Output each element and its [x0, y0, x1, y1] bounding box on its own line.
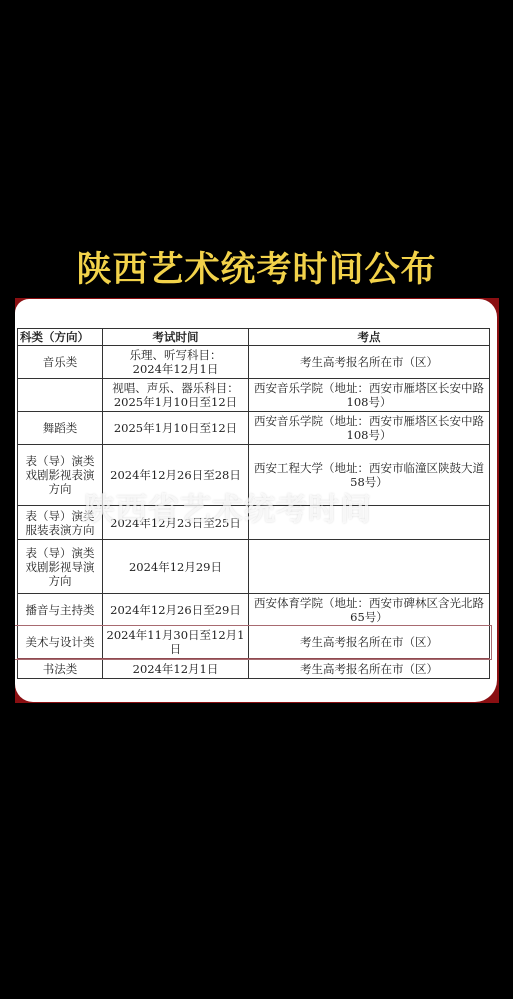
- row-time: 乐理、听写科目： 2024年12月1日: [103, 346, 249, 379]
- row-time: 2024年11月30日至12月1日: [103, 626, 249, 659]
- watermark-text: 陕西省艺术统考时间: [84, 484, 444, 529]
- table-row: 表（导）演类 戏剧影视导演 方向 2024年12月29日: [18, 540, 490, 594]
- table-row: 视唱、声乐、器乐科目： 2025年1月10日至12日 西安音乐学院（地址：西安市…: [18, 379, 490, 412]
- row-category: 表（导）演类 戏剧影视导演 方向: [18, 540, 103, 594]
- table-row: 舞蹈类 2025年1月10日至12日 西安音乐学院（地址：西安市雁塔区长安中路1…: [18, 412, 490, 445]
- row-location: 西安音乐学院（地址：西安市雁塔区长安中路108号）: [249, 379, 490, 412]
- row-category: 美术与设计类: [18, 626, 103, 659]
- row-location: 西安音乐学院（地址：西安市雁塔区长安中路108号）: [249, 412, 490, 445]
- row-location: [249, 540, 490, 594]
- row-time: 视唱、声乐、器乐科目： 2025年1月10日至12日: [103, 379, 249, 412]
- table-header-row: 科类（方向） 考试时间 考点: [18, 329, 490, 346]
- row-time: 2024年12月26日至29日: [103, 594, 249, 626]
- row-location: 西安体育学院（地址：西安市碑林区含光北路65号）: [249, 594, 490, 626]
- header-category: 科类（方向）: [18, 329, 103, 346]
- row-location: 考生高考报名所在市（区）: [249, 659, 490, 679]
- row-time: 2024年12月1日: [103, 659, 249, 679]
- row-location: 考生高考报名所在市（区）: [249, 346, 490, 379]
- table-row: 书法类 2024年12月1日 考生高考报名所在市（区）: [18, 659, 490, 679]
- row-category: [18, 379, 103, 412]
- row-category: 书法类: [18, 659, 103, 679]
- row-category: 播音与主持类: [18, 594, 103, 626]
- row-category: 舞蹈类: [18, 412, 103, 445]
- row-category: 音乐类: [18, 346, 103, 379]
- table-row: 音乐类 乐理、听写科目： 2024年12月1日 考生高考报名所在市（区）: [18, 346, 490, 379]
- row-time: 2025年1月10日至12日: [103, 412, 249, 445]
- row-time: 2024年12月29日: [103, 540, 249, 594]
- header-location: 考点: [249, 329, 490, 346]
- row-location: 考生高考报名所在市（区）: [249, 626, 490, 659]
- table-row: 播音与主持类 2024年12月26日至29日 西安体育学院（地址：西安市碑林区含…: [18, 594, 490, 626]
- page-title: 陕西艺术统考时间公布: [0, 248, 513, 292]
- table-row-highlighted: 美术与设计类 2024年11月30日至12月1日 考生高考报名所在市（区）: [18, 626, 490, 659]
- header-exam-time: 考试时间: [103, 329, 249, 346]
